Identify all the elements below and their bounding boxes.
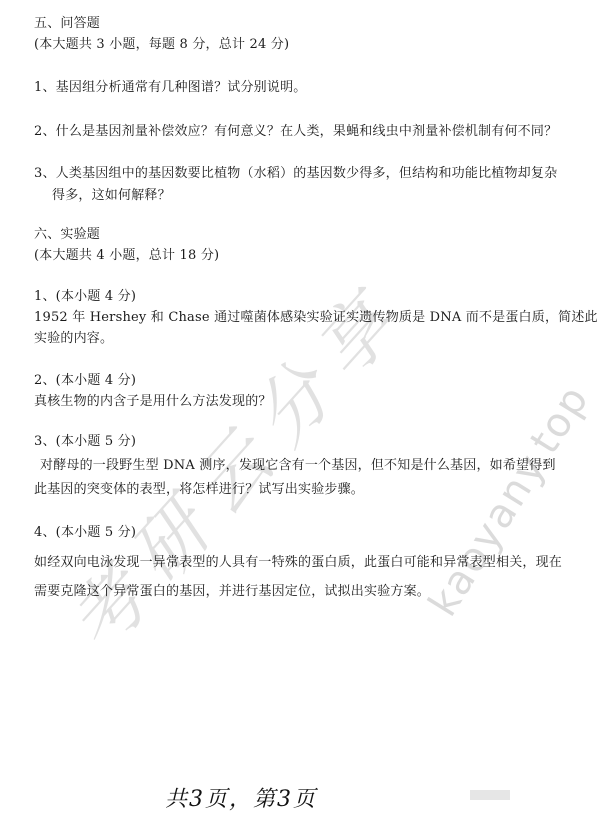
section6-item-4-header: 4、(本小题 5 分) xyxy=(34,525,136,541)
section6-item-2-header: 2、(本小题 4 分) xyxy=(34,373,136,389)
section6-item-4-line-2: 需要克隆这个异常蛋白的基因，并进行基因定位，试拟出实验方案。 xyxy=(34,584,430,600)
section6-item-1-line-2: 实验的内容。 xyxy=(34,331,113,347)
watermark-url: kaoyany.top xyxy=(420,377,598,625)
section6-subtitle: (本大题共 4 小题，总计 18 分) xyxy=(34,248,219,264)
section6-item-3-line-1: 对酵母的一段野生型 DNA 测序，发现它含有一个基因，但不知是什么基因，如希望得… xyxy=(40,458,556,474)
section5-question-3: 3、人类基因组中的基因数要比植物（水稻）的基因数少得多，但结构和功能比植物却复杂 xyxy=(34,166,557,182)
section6-item-2-line-1: 真核生物的内含子是用什么方法发现的？ xyxy=(34,394,272,410)
section6-title: 六、实验题 xyxy=(34,227,100,243)
section5-title: 五、问答题 xyxy=(34,16,100,32)
section5-question-2: 2、什么是基因剂量补偿效应？有何意义？在人类，果蝇和线虫中剂量补偿机制有何不同？ xyxy=(34,124,557,140)
page-number-handwritten: 共3页，第3页 xyxy=(165,782,317,813)
section6-item-1-line-1: 1952 年 Hershey 和 Chase 通过噬菌体感染实验证实遗传物质是 … xyxy=(34,310,598,326)
section5-question-1: 1、基因组分析通常有几种图谱？试分别说明。 xyxy=(34,80,306,96)
section6-item-4-line-1: 如经双向电泳发现一异常表型的人具有一特殊的蛋白质，此蛋白可能和异常表型相关，现在 xyxy=(34,555,562,571)
section5-question-3-cont: 得多，这如何解释？ xyxy=(52,188,171,204)
section6-item-3-line-2: 此基因的突变体的表型，将怎样进行？试写出实验步骤。 xyxy=(34,482,364,498)
section5-subtitle: (本大题共 3 小题，每题 8 分，总计 24 分) xyxy=(34,37,289,53)
exam-page: 考研云分享 kaoyany.top 五、问答题 (本大题共 3 小题，每题 8 … xyxy=(0,0,604,825)
scan-noise xyxy=(470,790,510,800)
section6-item-1-header: 1、(本小题 4 分) xyxy=(34,289,136,305)
section6-item-3-header: 3、(本小题 5 分) xyxy=(34,434,136,450)
